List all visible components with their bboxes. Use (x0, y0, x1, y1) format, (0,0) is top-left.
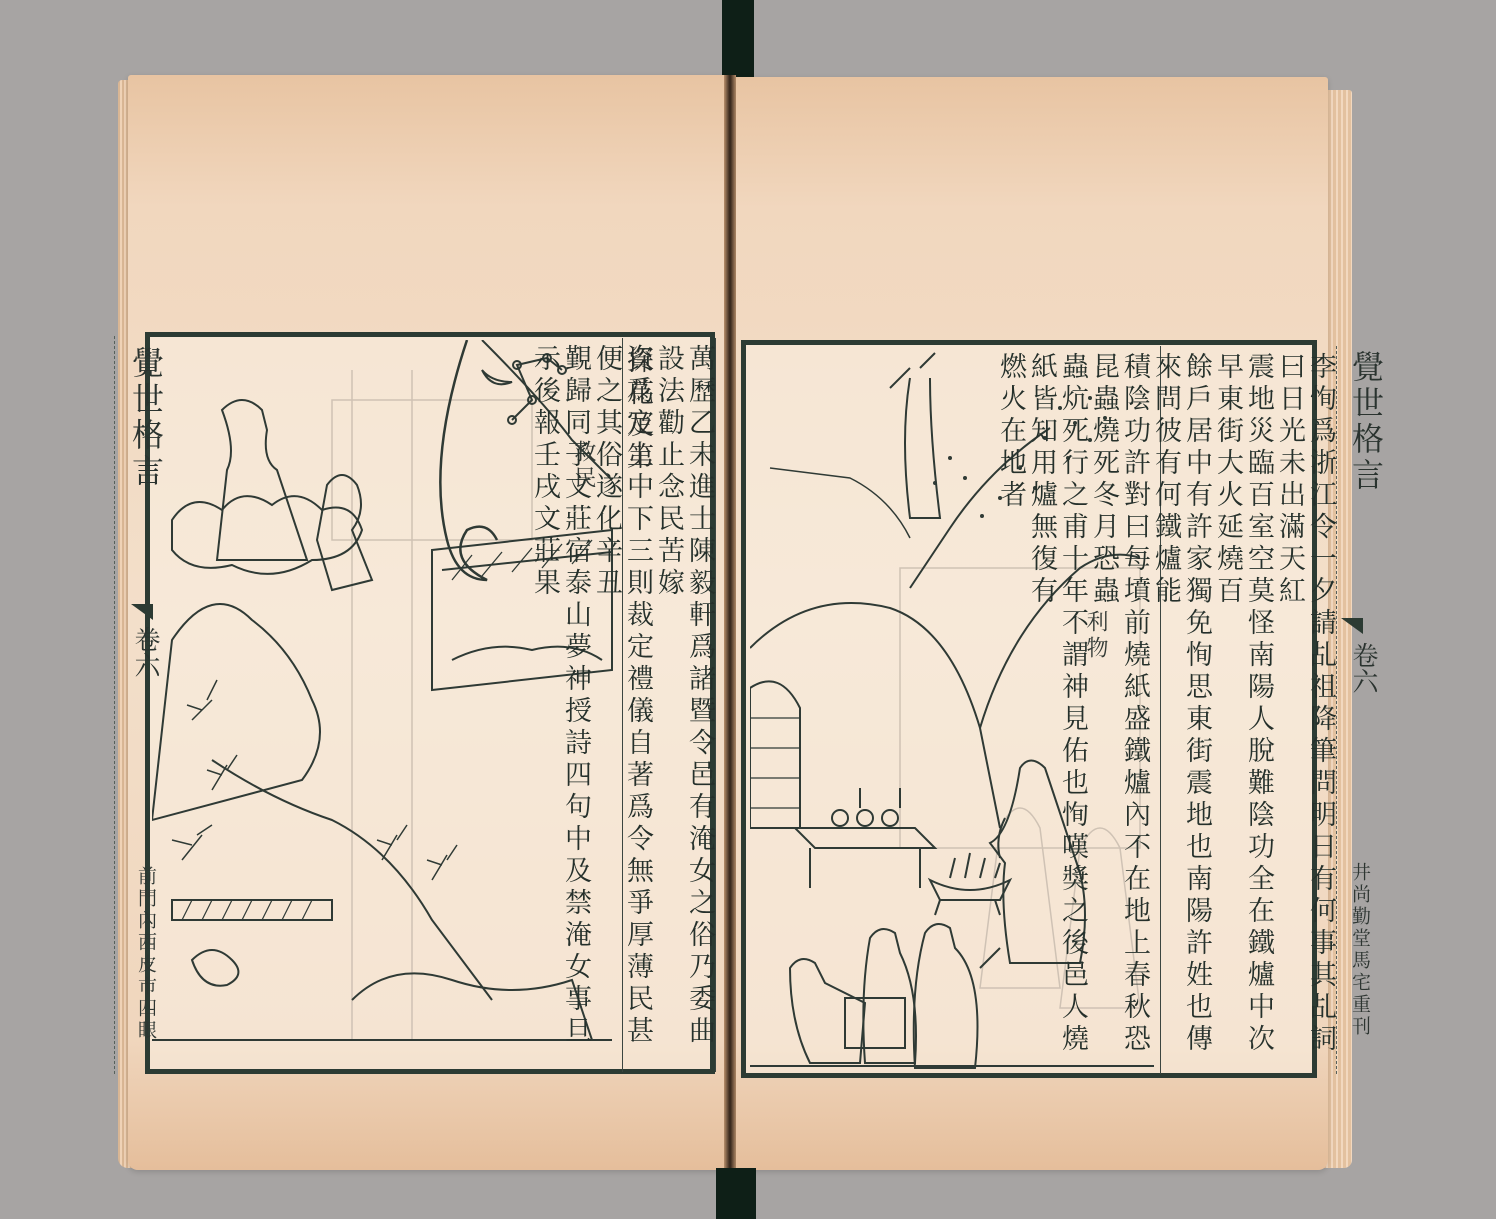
publisher-imprint-right: 井尚勤堂馬宅重刊 (1347, 862, 1374, 1038)
right-text-line-3: 餘戶居中有許家獨免恂思東街震地也南陽許姓也傳來問彼有何鐵爐能 (1150, 346, 1212, 1074)
left-text-line-3: 覲歸同子文莊宿泰山夢神授詩四句中及禁淹女事旦示後報壬戌文莊果 (529, 338, 591, 1072)
right-text-line-5: 蟲炕死行之甫十年不謂神見佑也恂嘆獎之後邑人燒紙皆知用爐無復有 (1026, 346, 1088, 1074)
right-page-center-margin: 覺世格言 卷六 井尚勤堂馬宅重刊 (1336, 346, 1384, 1074)
bookmark-ribbon-top (722, 0, 754, 82)
bookmark-ribbon-bottom (716, 1168, 756, 1219)
right-text-line-4: 積陰功許對曰每墳前燒紙盛鐵爐內不在地上春秋恐昆蟲燒死冬月恐蟲 (1088, 346, 1150, 1074)
book-title-right: 覺世格言 (1343, 350, 1389, 494)
fish-tail-mark-right (1341, 618, 1363, 634)
right-text-line-1: 李恂爲浙江令一夕請乩祖降筆問明日有何事其乩詞曰日光未出滿天紅 (1274, 346, 1336, 1074)
right-text-line-2: 震地災臨百室空莫怪南陽人脫難陰功全在鐵爐中次早東街大火延燒百 (1212, 346, 1274, 1074)
right-text-block: 李恂爲浙江令一夕請乩祖降筆問明日有何事其乩詞曰日光未出滿天紅 震地災臨百室空莫怪… (1160, 346, 1336, 1074)
right-text-line-6: 燃火在地者 (995, 346, 1026, 1074)
open-book: 覺世格言 卷六 前門內西皮市四眼 (0, 0, 1496, 1219)
fish-tail-mark-left (131, 604, 153, 620)
juan-number-right: 卷六 (1345, 642, 1382, 694)
book-gutter (724, 75, 736, 1170)
left-text-line-1: 萬歷乙未進士陳毅軒爲諸暨令邑有淹女之俗乃委曲設法勸止念民苦嫁 (653, 338, 715, 1072)
left-text-line-4: 探花及第 (622, 346, 653, 474)
